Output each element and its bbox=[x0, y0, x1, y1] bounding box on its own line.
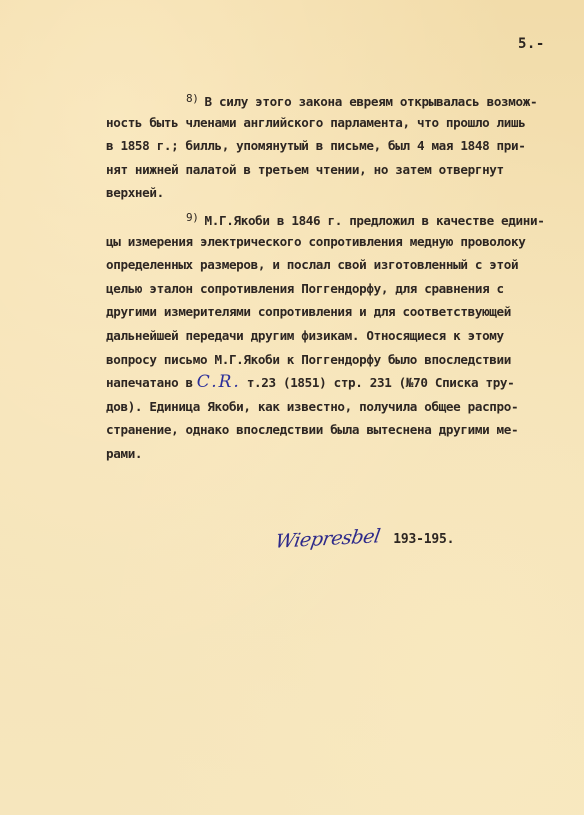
page-reference: 193-195. bbox=[393, 532, 454, 547]
footnote-line: цы измерения электрического сопротивлени… bbox=[106, 230, 572, 254]
document-page: 5.- 8)В силу этого закона евреям открыва… bbox=[0, 0, 584, 815]
handwritten-insertion: C.R. bbox=[197, 372, 241, 392]
footnote-line: 8)В силу этого закона евреям открывалась… bbox=[106, 87, 572, 111]
footnote-line-with-handwriting: напечатано вC.R.т.23 (1851) стр. 231 (№7… bbox=[106, 371, 572, 395]
footnote-line: странение, однако впоследствии была выте… bbox=[106, 418, 572, 442]
handwritten-signature: Wiepresbel bbox=[274, 525, 382, 552]
footnote-line: определенных размеров, и послал свой изг… bbox=[106, 253, 572, 277]
footnote-line: другими измерителями сопротивления и для… bbox=[106, 300, 572, 324]
footnote-line: дальнейшей передачи другим физикам. Отно… bbox=[106, 324, 572, 348]
footnote-line: ность быть членами английского парламент… bbox=[106, 111, 572, 135]
footnote-line: в 1858 г.; билль, упомянутый в письме, б… bbox=[106, 134, 572, 158]
footnote-line: рами. bbox=[106, 442, 572, 466]
footnote-marker: 8) bbox=[186, 92, 199, 105]
footnote-line: дов). Единица Якоби, как известно, получ… bbox=[106, 395, 572, 419]
page-number: 5.- bbox=[518, 36, 545, 52]
footnote-line: целью эталон сопротивления Поггендорфу, … bbox=[106, 277, 572, 301]
footnote-9: 9)М.Г.Якоби в 1846 г. предложил в качест… bbox=[106, 206, 572, 466]
footnote-line: верхней. bbox=[106, 181, 572, 205]
footnote-line: нят нижней палатой в третьем чтении, но … bbox=[106, 158, 572, 182]
footnote-line: вопросу письмо М.Г.Якоби к Поггендорфу б… bbox=[106, 348, 572, 372]
footnote-8: 8)В силу этого закона евреям открывалась… bbox=[106, 87, 572, 205]
footnote-line: 9)М.Г.Якоби в 1846 г. предложил в качест… bbox=[106, 206, 572, 230]
signature-block: Wiepresbel 193-195. bbox=[276, 528, 454, 550]
footnote-marker: 9) bbox=[186, 211, 199, 224]
